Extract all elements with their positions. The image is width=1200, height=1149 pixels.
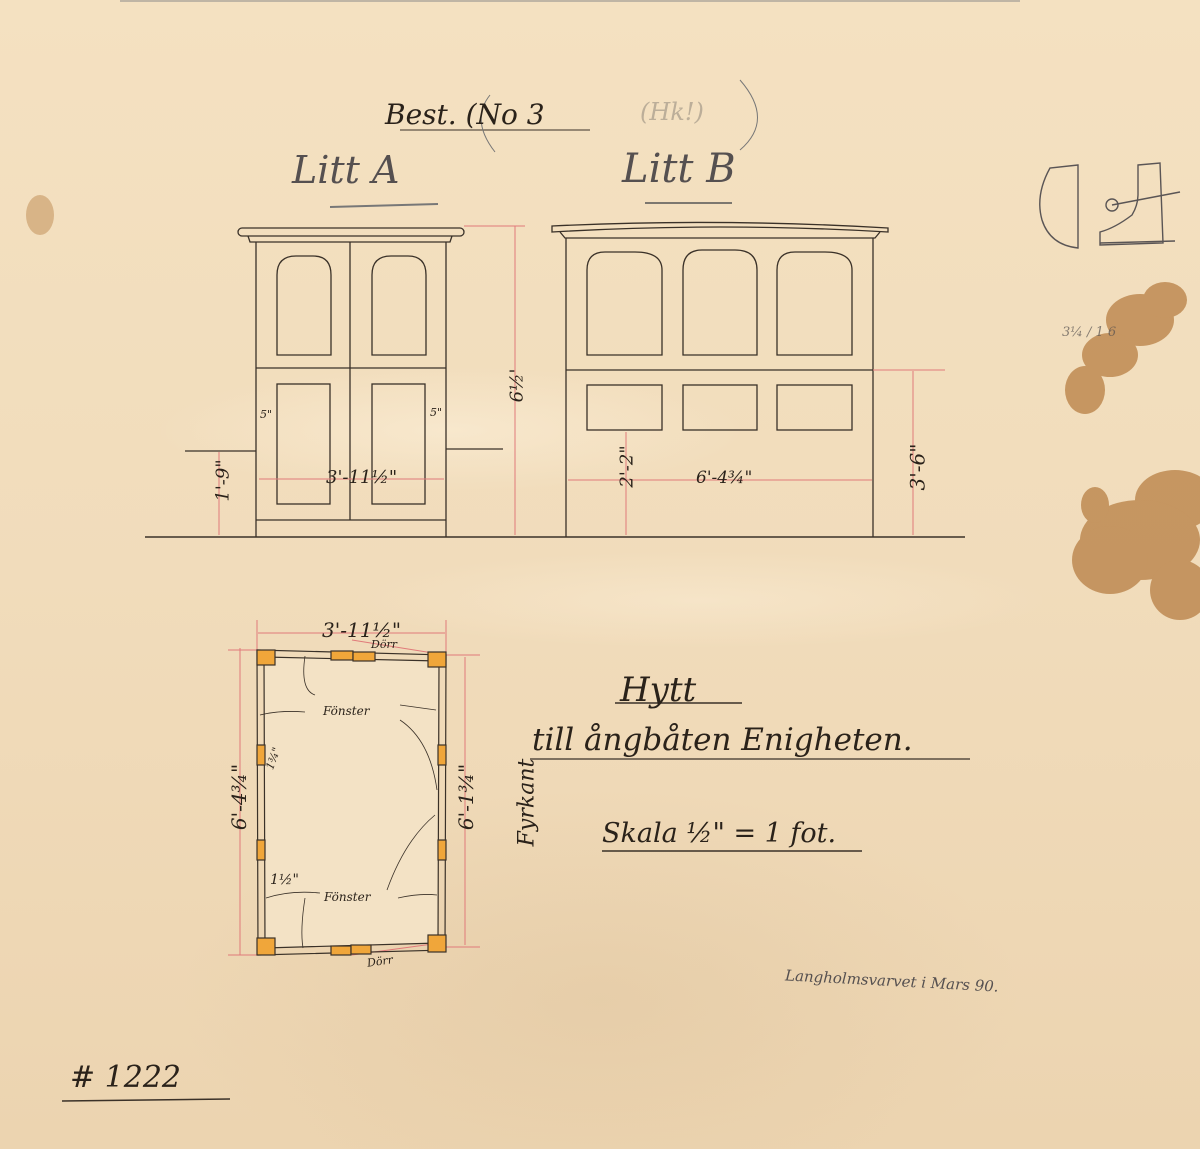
elevation-a-lower-height: 1'-9" xyxy=(213,459,234,501)
elevation-b-panel-height: 2'-2" xyxy=(617,445,638,487)
elevation-a-width: 3'-11½" xyxy=(326,467,397,488)
scale-note: Skala ½" = 1 fot. xyxy=(602,818,836,849)
elevation-a-stile-left: 5" xyxy=(260,408,272,421)
plan-window-top: Fönster xyxy=(323,704,369,718)
elevation-a-stile-right: 5" xyxy=(430,406,442,419)
title-line-2: till ångbåten Enigheten. xyxy=(532,722,913,758)
header-note: Best. (No 3 xyxy=(385,98,545,131)
elevation-a-overall-height: 6½' xyxy=(506,369,527,403)
plan-walls xyxy=(257,650,446,955)
view-a-label: Litt A xyxy=(292,148,399,192)
plan-wall-thickness: 1½" xyxy=(270,872,299,888)
elevation-b-width: 6'-4¾" xyxy=(696,468,752,488)
elevation-b xyxy=(552,222,888,537)
underlines xyxy=(62,130,970,1101)
drawing-sheet: Best. (No 3 (Hk!) Litt A Litt B 3'-11½" … xyxy=(0,0,1200,1149)
plan-window-bottom: Fönster xyxy=(324,890,370,904)
water-stains xyxy=(26,195,1200,620)
plan-door-top: Dörr xyxy=(371,638,397,651)
view-b-label: Litt B xyxy=(622,146,736,192)
pencil-margin-note: 3¼ / 1 6 xyxy=(1062,325,1116,340)
technical-drawing xyxy=(0,0,1200,1149)
plan-length-left: 6'-4¾" xyxy=(227,764,251,830)
side-label: Fyrkant xyxy=(514,759,539,847)
plan-length-right: 6'-1¾" xyxy=(454,764,478,830)
header-pencil-faint: (Hk!) xyxy=(640,98,704,126)
pencil-sketch xyxy=(1040,163,1180,248)
elevation-b-rail-height: 3'-6" xyxy=(905,444,929,491)
catalog-number: # 1222 xyxy=(70,1060,181,1095)
title-line-1: Hytt xyxy=(620,670,696,710)
